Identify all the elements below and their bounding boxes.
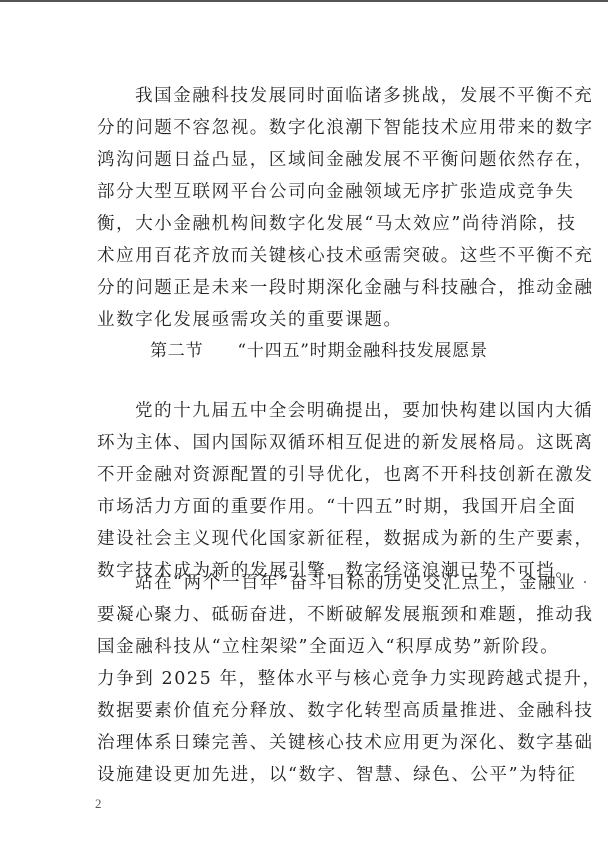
text-line: 国金融科技从“立柱架梁”全面迈入“积厚成势”新阶段。 [97, 637, 559, 657]
text-line: 鸿沟问题日益凸显，区域间金融发展不平衡问题依然存在， [97, 150, 594, 170]
text-line: 站在“两个一百年”奋斗目标的历史交汇点上，金融业 [135, 573, 576, 593]
text-line: 党的十九届五中全会明确提出，要加快构建以国内大循 [135, 401, 593, 421]
text-line: 要凝心聚力、砥砺奋进，不断破解发展瓶颈和难题，推动我 [97, 605, 594, 625]
page-number: 2 [95, 796, 102, 812]
text-line: 不开金融对资源配置的引导优化，也离不开科技创新在激发 [97, 465, 594, 485]
text-line: 部分大型互联网平台公司向金融领域无序扩张造成竞争失 [97, 182, 575, 202]
text-line: 数据要素价值充分释放、数字化转型高质量推进、金融科技 [97, 701, 594, 721]
scan-speck [584, 581, 586, 583]
text-line: 业数字化发展亟需攻关的重要课题。 [97, 310, 403, 330]
text-line: 治理体系日臻完善、关键核心技术应用更为深化、数字基础 [97, 733, 594, 753]
text-line: 设施建设更加先进，以“数字、智慧、绿色、公平”为特征 [97, 765, 577, 785]
section-number: 第二节 [150, 341, 203, 361]
text-line: 环为主体、国内国际双循环相互促进的新发展格局。这既离 [97, 433, 594, 453]
text-line: 衡，大小金融机构间数字化发展“马太效应”尚待消除，技 [97, 214, 577, 234]
text-line: 建设社会主义现代化国家新征程，数据成为新的生产要素， [97, 529, 594, 549]
top-border [0, 0, 608, 2]
text-line: 市场活力方面的重要作用。“十四五”时期，我国开启全面 [97, 497, 577, 517]
text-line: 分的问题正是未来一段时期深化金融与科技融合，推动金融 [97, 278, 594, 298]
text-line: 我国金融科技发展同时面临诸多挑战，发展不平衡不充 [135, 86, 593, 106]
section-heading: 第二节“十四五”时期金融科技发展愿景 [150, 341, 488, 361]
section-title: “十四五”时期金融科技发展愿景 [237, 341, 487, 361]
text-line: 分的问题不容忽视。数字化浪潮下智能技术应用带来的数字 [97, 118, 594, 138]
text-line: 术应用百花齐放而关键核心技术亟需突破。这些不平衡不充 [97, 246, 594, 266]
text-line: 力争到 2025 年，整体水平与核心竞争力实现跨越式提升， [97, 669, 602, 689]
scan-speck [584, 618, 586, 620]
